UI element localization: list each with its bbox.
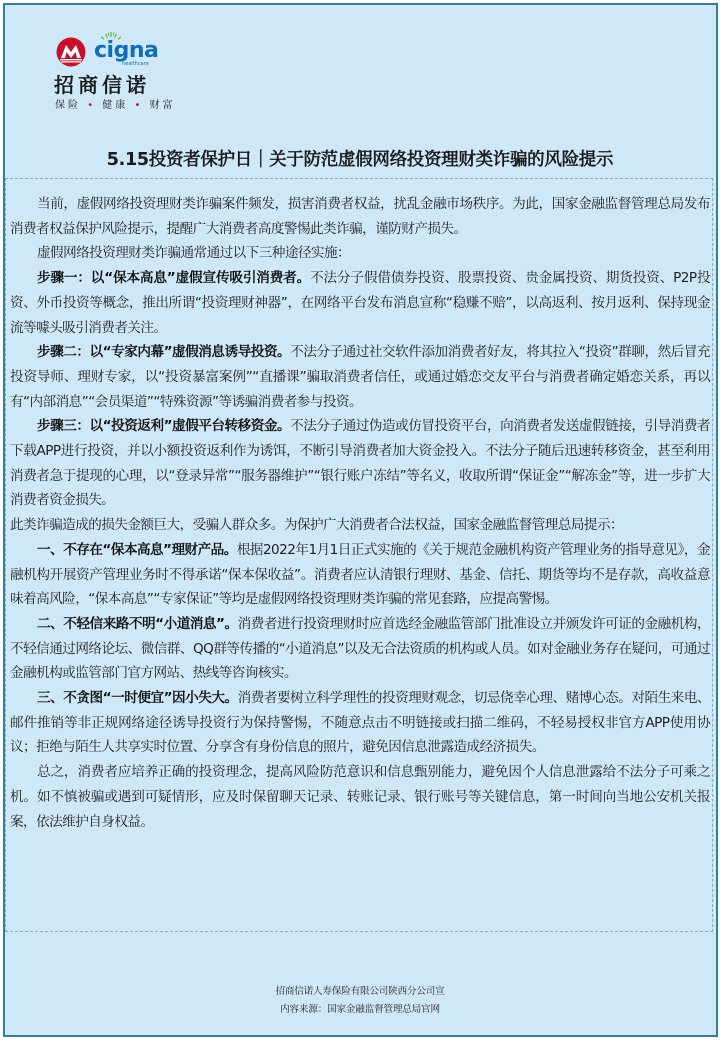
cigna-healthcare-label: healthcare <box>122 61 149 67</box>
brand-cn-name: 招商信诺 <box>54 74 150 96</box>
paragraph-heading: 二、不轻信来路不明“小道消息”。 <box>37 616 238 632</box>
cigna-logo: cigna healthcare <box>94 33 158 69</box>
footer-publisher: 招商信诺人寿保险有限公司陕西分公司宣 <box>0 983 720 1001</box>
footer-source: 内容来源：国家金融监督管理总局官网 <box>0 1001 720 1019</box>
article-paragraph: 步骤一：以“保本高息”虚假宣传吸引消费者。不法分子假借债券投资、股票投资、贵金属… <box>10 266 710 340</box>
paragraph-text: 虚假网络投资理财类诈骗通常通过以下三种途径实施： <box>37 245 350 261</box>
article-paragraph: 三、不贪图“一时便宜”因小失大。消费者要树立科学理性的投资理财观念，切忌侥幸心理… <box>10 686 710 760</box>
paragraph-heading: 步骤二：以“专家内幕”虚假消息诱导投资。 <box>37 344 290 360</box>
slogan-part: 保险 <box>55 100 81 111</box>
paragraph-heading: 步骤三：以“投资返利”虚假平台转移资金。 <box>37 418 290 434</box>
paragraph-text: 总之，消费者应培养正确的投资理念，提高风险防范意识和信息甄别能力，避免因个人信息… <box>10 764 710 829</box>
slogan-part: 健康 <box>102 100 128 111</box>
slogan-separator: • <box>87 100 96 111</box>
article-paragraph: 此类诈骗造成的损失金额巨大，受骗人群众多。为保护广大消费者合法权益，国家金融监督… <box>10 513 710 538</box>
brand-slogan: 保险 • 健康 • 财富 <box>55 100 176 112</box>
article-paragraph: 虚假网络投资理财类诈骗通常通过以下三种途径实施： <box>10 241 710 266</box>
paragraph-text: 当前，虚假网络投资理财类诈骗案件频发，损害消费者权益，扰乱金融市场秩序。为此，国… <box>10 196 710 237</box>
article-paragraph: 二、不轻信来路不明“小道消息”。消费者进行投资理财时应首选经金融监管部门批准设立… <box>10 612 710 686</box>
article-paragraph: 一、不存在“保本高息”理财产品。根据2022年1月1日正式实施的《关于规范金融机… <box>10 538 710 612</box>
cmb-logo-icon <box>56 37 86 67</box>
footer: 招商信诺人寿保险有限公司陕西分公司宣 内容来源：国家金融监督管理总局官网 <box>0 983 720 1019</box>
brand-logo: cigna healthcare 招商信诺 保险 • 健康 • 财富 <box>54 33 164 113</box>
article-paragraph: 步骤二：以“专家内幕”虚假消息诱导投资。不法分子通过社交软件添加消费者好友，将其… <box>10 340 710 414</box>
article-paragraph: 当前，虚假网络投资理财类诈骗案件频发，损害消费者权益，扰乱金融市场秩序。为此，国… <box>10 192 710 241</box>
cigna-wordmark: cigna <box>94 39 158 63</box>
paragraph-heading: 一、不存在“保本高息”理财产品。 <box>37 542 237 558</box>
paragraph-text: 此类诈骗造成的损失金额巨大，受骗人群众多。为保护广大消费者合法权益，国家金融监督… <box>10 517 623 533</box>
article-title: 5.15投资者保护日｜关于防范虚假网络投资理财类诈骗的风险提示 <box>0 147 720 173</box>
paragraph-heading: 步骤一：以“保本高息”虚假宣传吸引消费者。 <box>37 270 310 286</box>
paragraph-heading: 三、不贪图“一时便宜”因小失大。 <box>37 690 238 706</box>
article-body: 当前，虚假网络投资理财类诈骗案件频发，损害消费者权益，扰乱金融市场秩序。为此，国… <box>10 192 710 834</box>
slogan-part: 财富 <box>150 100 176 111</box>
article-paragraph: 步骤三：以“投资返利”虚假平台转移资金。不法分子通过伪造或仿冒投资平台，向消费者… <box>10 414 710 513</box>
slogan-separator: • <box>134 100 143 111</box>
article-paragraph: 总之，消费者应培养正确的投资理念，提高风险防范意识和信息甄别能力，避免因个人信息… <box>10 760 710 834</box>
